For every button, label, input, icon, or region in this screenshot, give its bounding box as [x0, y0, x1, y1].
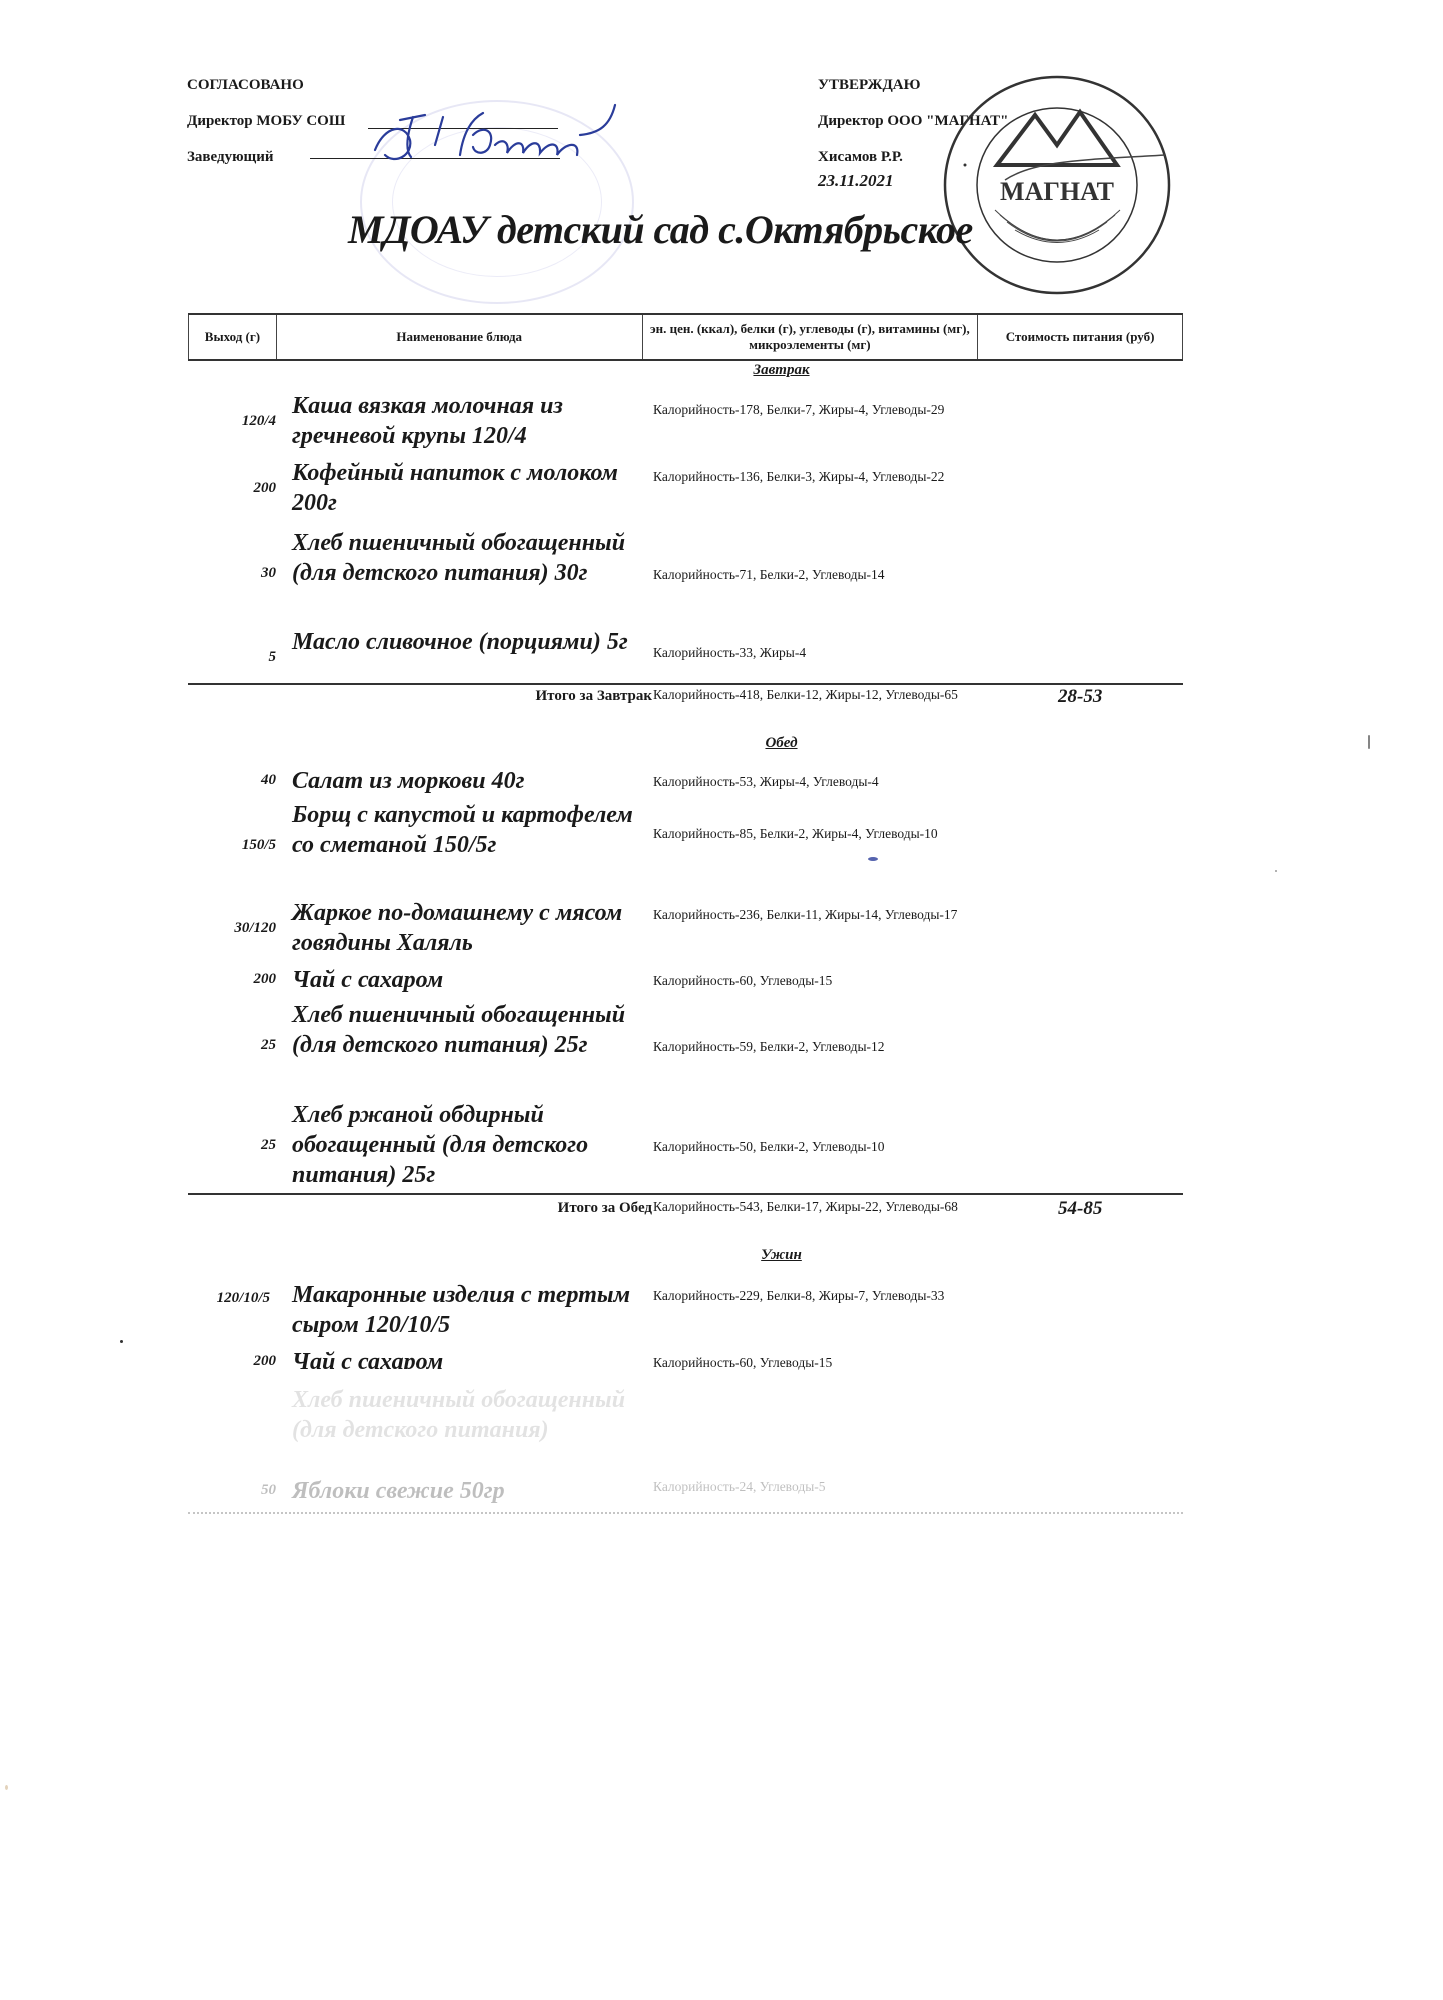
approve-heading: УТВЕРЖДАЮ [818, 78, 921, 93]
header-dish-name: Наименование блюда [277, 315, 643, 359]
row-nutrition: Калорийность-229, Белки-8, Жиры-7, Углев… [653, 1287, 973, 1305]
row-dish: Хлеб ржаной обдирный обогащенный (для де… [292, 1100, 652, 1190]
lunch-total-label: Итого за Обед [452, 1200, 652, 1217]
scan-speck [5, 1785, 8, 1790]
row-output: 30 [188, 565, 276, 582]
row-dish: Салат из моркови 40г [292, 766, 652, 796]
breakfast-total-label: Итого за Завтрак [452, 688, 652, 705]
header-nutrition: эн. цен. (ккал), белки (г), углеводы (г)… [643, 315, 979, 359]
row-output: 5 [188, 649, 276, 666]
header-output: Выход (г) [188, 315, 277, 359]
row-output: 200 [188, 480, 276, 497]
row-output: 40 [188, 772, 276, 789]
approved-heading: СОГЛАСОВАНО [187, 78, 304, 93]
row-output: 120/4 [188, 413, 276, 430]
row-dish: Яблоки свежие 50гр [292, 1476, 652, 1506]
document-title: МДОАУ детский сад с.Октябрьское [348, 206, 973, 253]
row-output: 30/120 [188, 920, 276, 937]
lunch-total-cost: 54-85 [1058, 1198, 1102, 1220]
row-dish: Каша вязкая молочная из гречневой крупы … [292, 391, 652, 451]
row-nutrition: Калорийность-53, Жиры-4, Углеводы-4 [653, 773, 973, 791]
section-divider [188, 1193, 1183, 1195]
section-breakfast: Завтрак [188, 362, 1183, 379]
svg-text:МАГНАТ: МАГНАТ [1000, 177, 1114, 206]
table-header: Выход (г) Наименование блюда эн. цен. (к… [188, 313, 1183, 361]
scan-speck [1368, 735, 1370, 749]
approver-role: Заведующий [187, 150, 273, 165]
row-output: 200 [188, 1353, 276, 1370]
row-nutrition: Калорийность-50, Белки-2, Углеводы-10 [653, 1138, 973, 1156]
ink-mark [868, 857, 878, 861]
row-nutrition: Калорийность-60, Углеводы-15 [653, 972, 973, 990]
row-dish: Хлеб пшеничный обогащенный (для детского… [292, 1000, 652, 1060]
director-name: Хисамов Р.Р. [818, 150, 903, 165]
row-output: 120/10/5 [188, 1287, 270, 1309]
row-output: 150/5 [188, 837, 276, 854]
section-divider [188, 1512, 1183, 1514]
breakfast-total-cost: 28-53 [1058, 686, 1102, 708]
company-stamp: МАГНАТ [935, 70, 1180, 300]
row-nutrition: Калорийность-60, Углеводы-15 [653, 1354, 973, 1372]
scan-speck [1275, 870, 1277, 872]
row-nutrition: Калорийность-24, Углеводы-5 [653, 1478, 973, 1496]
approver-position: Директор МОБУ СОШ [187, 114, 345, 129]
row-nutrition: Калорийность-33, Жиры-4 [653, 644, 973, 662]
row-dish: Борщ с капустой и картофелем со сметаной… [292, 800, 652, 860]
section-dinner: Ужин [188, 1247, 1183, 1264]
scan-speck [120, 1340, 123, 1343]
row-nutrition: Калорийность-178, Белки-7, Жиры-4, Углев… [653, 401, 973, 419]
row-nutrition: Калорийность-136, Белки-3, Жиры-4, Углев… [653, 468, 973, 486]
row-dish: Хлеб пшеничный обогащенный (для детского… [292, 1385, 652, 1445]
row-nutrition: Калорийность-236, Белки-11, Жиры-14, Угл… [653, 906, 973, 924]
approval-date: 23.11.2021 [818, 172, 894, 189]
row-dish: Хлеб пшеничный обогащенный (для детского… [292, 528, 652, 588]
lunch-total-nutrition: Калорийность-543, Белки-17, Жиры-22, Угл… [653, 1198, 973, 1216]
row-nutrition: Калорийность-85, Белки-2, Жиры-4, Углево… [653, 825, 973, 843]
row-output: 25 [188, 1137, 276, 1154]
row-output: 200 [188, 971, 276, 988]
row-dish: Чай с сахаром [292, 965, 652, 995]
section-divider [188, 683, 1183, 685]
row-nutrition: Калорийность-59, Белки-2, Углеводы-12 [653, 1038, 973, 1056]
breakfast-total-nutrition: Калорийность-418, Белки-12, Жиры-12, Угл… [653, 686, 973, 704]
row-output: 50 [188, 1482, 276, 1499]
row-dish: Макаронные изделия с тертым сыром 120/10… [292, 1280, 652, 1340]
handwritten-signature [365, 95, 655, 175]
row-dish: Масло сливочное (порциями) 5г [292, 627, 652, 657]
row-dish: Кофейный напиток с молоком 200г [292, 458, 652, 518]
section-lunch: Обед [188, 735, 1183, 752]
header-cost: Стоимость питания (руб) [978, 315, 1183, 359]
row-output: 25 [188, 1037, 276, 1054]
row-dish: Жаркое по-домашнему с мясом говядины Хал… [292, 898, 652, 958]
row-dish: Чай с сахаром [292, 1347, 652, 1369]
menu-document-page: СОГЛАСОВАНО Директор МОБУ СОШ Заведующий… [0, 0, 1443, 2000]
row-nutrition: Калорийность-71, Белки-2, Углеводы-14 [653, 566, 973, 584]
